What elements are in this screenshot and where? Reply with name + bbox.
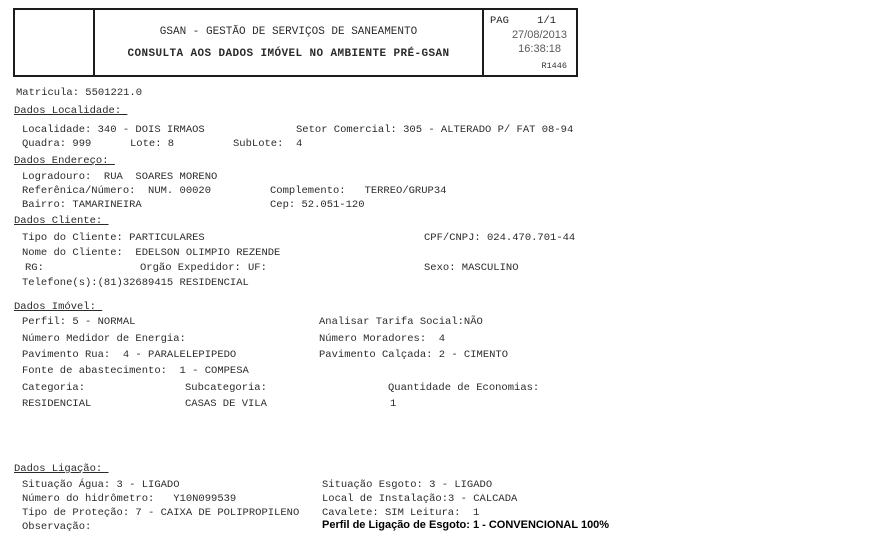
- field-logradouro: Logradouro: RUA SOARES MORENO: [22, 171, 217, 183]
- logo-cell: [15, 10, 95, 75]
- field-referencia-numero: Referênica/Número: NUM. 00020: [22, 185, 211, 197]
- field-rg: RG:: [25, 262, 44, 274]
- label-subcategoria: Subcategoria:: [185, 382, 267, 394]
- field-perfil-ligacao-esgoto: Perfil de Ligação de Esgoto: 1 - CONVENC…: [322, 519, 609, 531]
- report-time: 16:38:18: [490, 42, 572, 56]
- report-code: R1446: [490, 59, 572, 73]
- field-analisar-tarifa-social: Analisar Tarifa Social:NÃO: [319, 316, 483, 328]
- report-title-line1: GSAN - GESTÃO DE SERVIÇOS DE SANEAMENTO: [160, 26, 417, 38]
- field-pavimento-rua: Pavimento Rua: 4 - PARALELEPIPEDO: [22, 349, 236, 361]
- label-quantidade-economias: Quantidade de Economias:: [388, 382, 539, 394]
- field-bairro: Bairro: TAMARINEIRA: [22, 199, 142, 211]
- report-title-line2: CONSULTA AOS DADOS IMÓVEL NO AMBIENTE PR…: [127, 48, 449, 60]
- field-nome-cliente: Nome do Cliente: EDELSON OLIMPIO REZENDE: [22, 247, 280, 259]
- field-numero-hidrometro: Número do hidrômetro: Y10N099539: [22, 493, 236, 505]
- field-uf: UF:: [248, 262, 267, 274]
- report-page: GSAN - GESTÃO DE SERVIÇOS DE SANEAMENTO …: [0, 0, 882, 546]
- field-perfil: Perfil: 5 - NORMAL: [22, 316, 135, 328]
- field-orgao-expedidor: Orgão Expedidor:: [140, 262, 241, 274]
- value-subcategoria: CASAS DE VILA: [185, 398, 267, 410]
- field-telefone: Telefone(s):(81)32689415 RESIDENCIAL: [22, 277, 249, 289]
- field-local-instalacao: Local de Instalação:3 - CALCADA: [322, 493, 517, 505]
- field-numero-moradores: Número Moradores: 4: [319, 333, 445, 345]
- field-cep: Cep: 52.051-120: [270, 199, 365, 211]
- field-situacao-esgoto: Situação Esgoto: 3 - LIGADO: [322, 479, 492, 491]
- field-situacao-agua: Situação Água: 3 - LIGADO: [22, 479, 180, 491]
- field-cpf-cnpj: CPF/CNPJ: 024.470.701-44: [424, 232, 575, 244]
- field-sexo: Sexo: MASCULINO: [424, 262, 519, 274]
- report-header: GSAN - GESTÃO DE SERVIÇOS DE SANEAMENTO …: [13, 8, 578, 77]
- section-cliente-heading: Dados Cliente:: [14, 215, 109, 227]
- page-indicator: PAG 1/1: [490, 14, 572, 28]
- report-date: 27/08/2013: [490, 28, 572, 42]
- section-localidade-heading: Dados Localidade:: [14, 105, 127, 117]
- field-observacao: Observação:: [22, 521, 91, 533]
- field-pavimento-calcada: Pavimento Calçada: 2 - CIMENTO: [319, 349, 508, 361]
- matricula-line: Matricula: 5501221.0: [16, 87, 142, 99]
- value-categoria: RESIDENCIAL: [22, 398, 91, 410]
- field-complemento: Complemento: TERREO/GRUP34: [270, 185, 446, 197]
- label-categoria: Categoria:: [22, 382, 85, 394]
- field-localidade: Localidade: 340 - DOIS IRMAOS: [22, 124, 205, 136]
- pag-label: PAG: [490, 14, 509, 28]
- page-number: 1/1: [537, 14, 556, 28]
- value-quantidade-economias: 1: [390, 398, 396, 410]
- field-tipo-cliente: Tipo do Cliente: PARTICULARES: [22, 232, 205, 244]
- field-lote: Lote: 8: [130, 138, 174, 150]
- field-fonte-abastecimento: Fonte de abastecimento: 1 - COMPESA: [22, 365, 249, 377]
- report-info-cell: PAG 1/1 27/08/2013 16:38:18 R1446: [484, 10, 576, 75]
- field-quadra: Quadra: 999: [22, 138, 91, 150]
- field-leitura: Leitura: 1: [410, 507, 479, 519]
- field-setor-comercial: Setor Comercial: 305 - ALTERADO P/ FAT 0…: [296, 124, 573, 136]
- field-sublote: SubLote: 4: [233, 138, 302, 150]
- section-ligacao-heading: Dados Ligação:: [14, 463, 109, 475]
- section-endereco-heading: Dados Endereço:: [14, 155, 115, 167]
- section-imovel-heading: Dados Imóvel:: [14, 301, 102, 313]
- field-cavalete: Cavalete: SIM: [322, 507, 404, 519]
- report-title-cell: GSAN - GESTÃO DE SERVIÇOS DE SANEAMENTO …: [95, 10, 484, 75]
- field-tipo-protecao: Tipo de Proteção: 7 - CAIXA DE POLIPROPI…: [22, 507, 299, 519]
- field-numero-medidor-energia: Número Medidor de Energia:: [22, 333, 186, 345]
